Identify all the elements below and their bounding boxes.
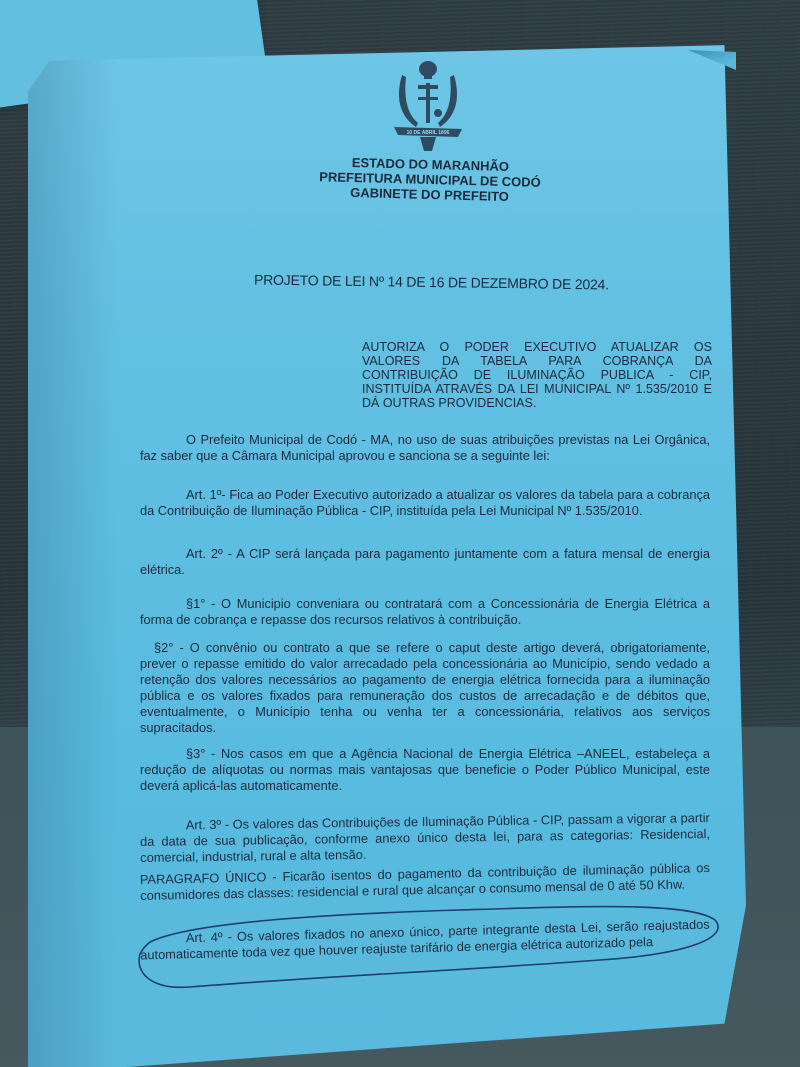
bill-summary: AUTORIZA O PODER EXECUTIVO ATUALIZAR OS … bbox=[362, 340, 712, 410]
article-1: Art. 1º- Fica ao Poder Executivo autoriz… bbox=[140, 487, 710, 519]
document-content: 10 DE ABRIL 1896 ESTADO DO MARANHÃO PREF… bbox=[0, 0, 800, 1067]
svg-text:10 DE ABRIL 1896: 10 DE ABRIL 1896 bbox=[407, 130, 450, 136]
sole-paragraph: PARAGRAFO ÚNICO - Ficarão isentos do pag… bbox=[140, 860, 711, 904]
article-3: Art. 3º - Os valores das Contribuições d… bbox=[140, 810, 711, 866]
paragraph-1: §1° - O Municipio conveniara ou contrata… bbox=[140, 596, 710, 628]
coat-of-arms-icon: 10 DE ABRIL 1896 bbox=[388, 55, 468, 155]
preamble: O Prefeito Municipal de Codó - MA, no us… bbox=[140, 432, 710, 464]
article-2: Art. 2º - A CIP será lançada para pagame… bbox=[140, 546, 710, 578]
article-4: Art. 4º - Os valores fixados no anexo ún… bbox=[140, 917, 711, 964]
bill-title: PROJETO DE LEI Nº 14 DE 16 DE DEZEMBRO D… bbox=[254, 272, 609, 293]
letterhead: ESTADO DO MARANHÃO PREFEITURA MUNICIPAL … bbox=[299, 154, 560, 206]
paragraph-3: §3° - Nos casos em que a Agência Naciona… bbox=[140, 746, 710, 794]
paragraph-2: §2° - O convênio ou contrato a que se re… bbox=[140, 640, 710, 736]
